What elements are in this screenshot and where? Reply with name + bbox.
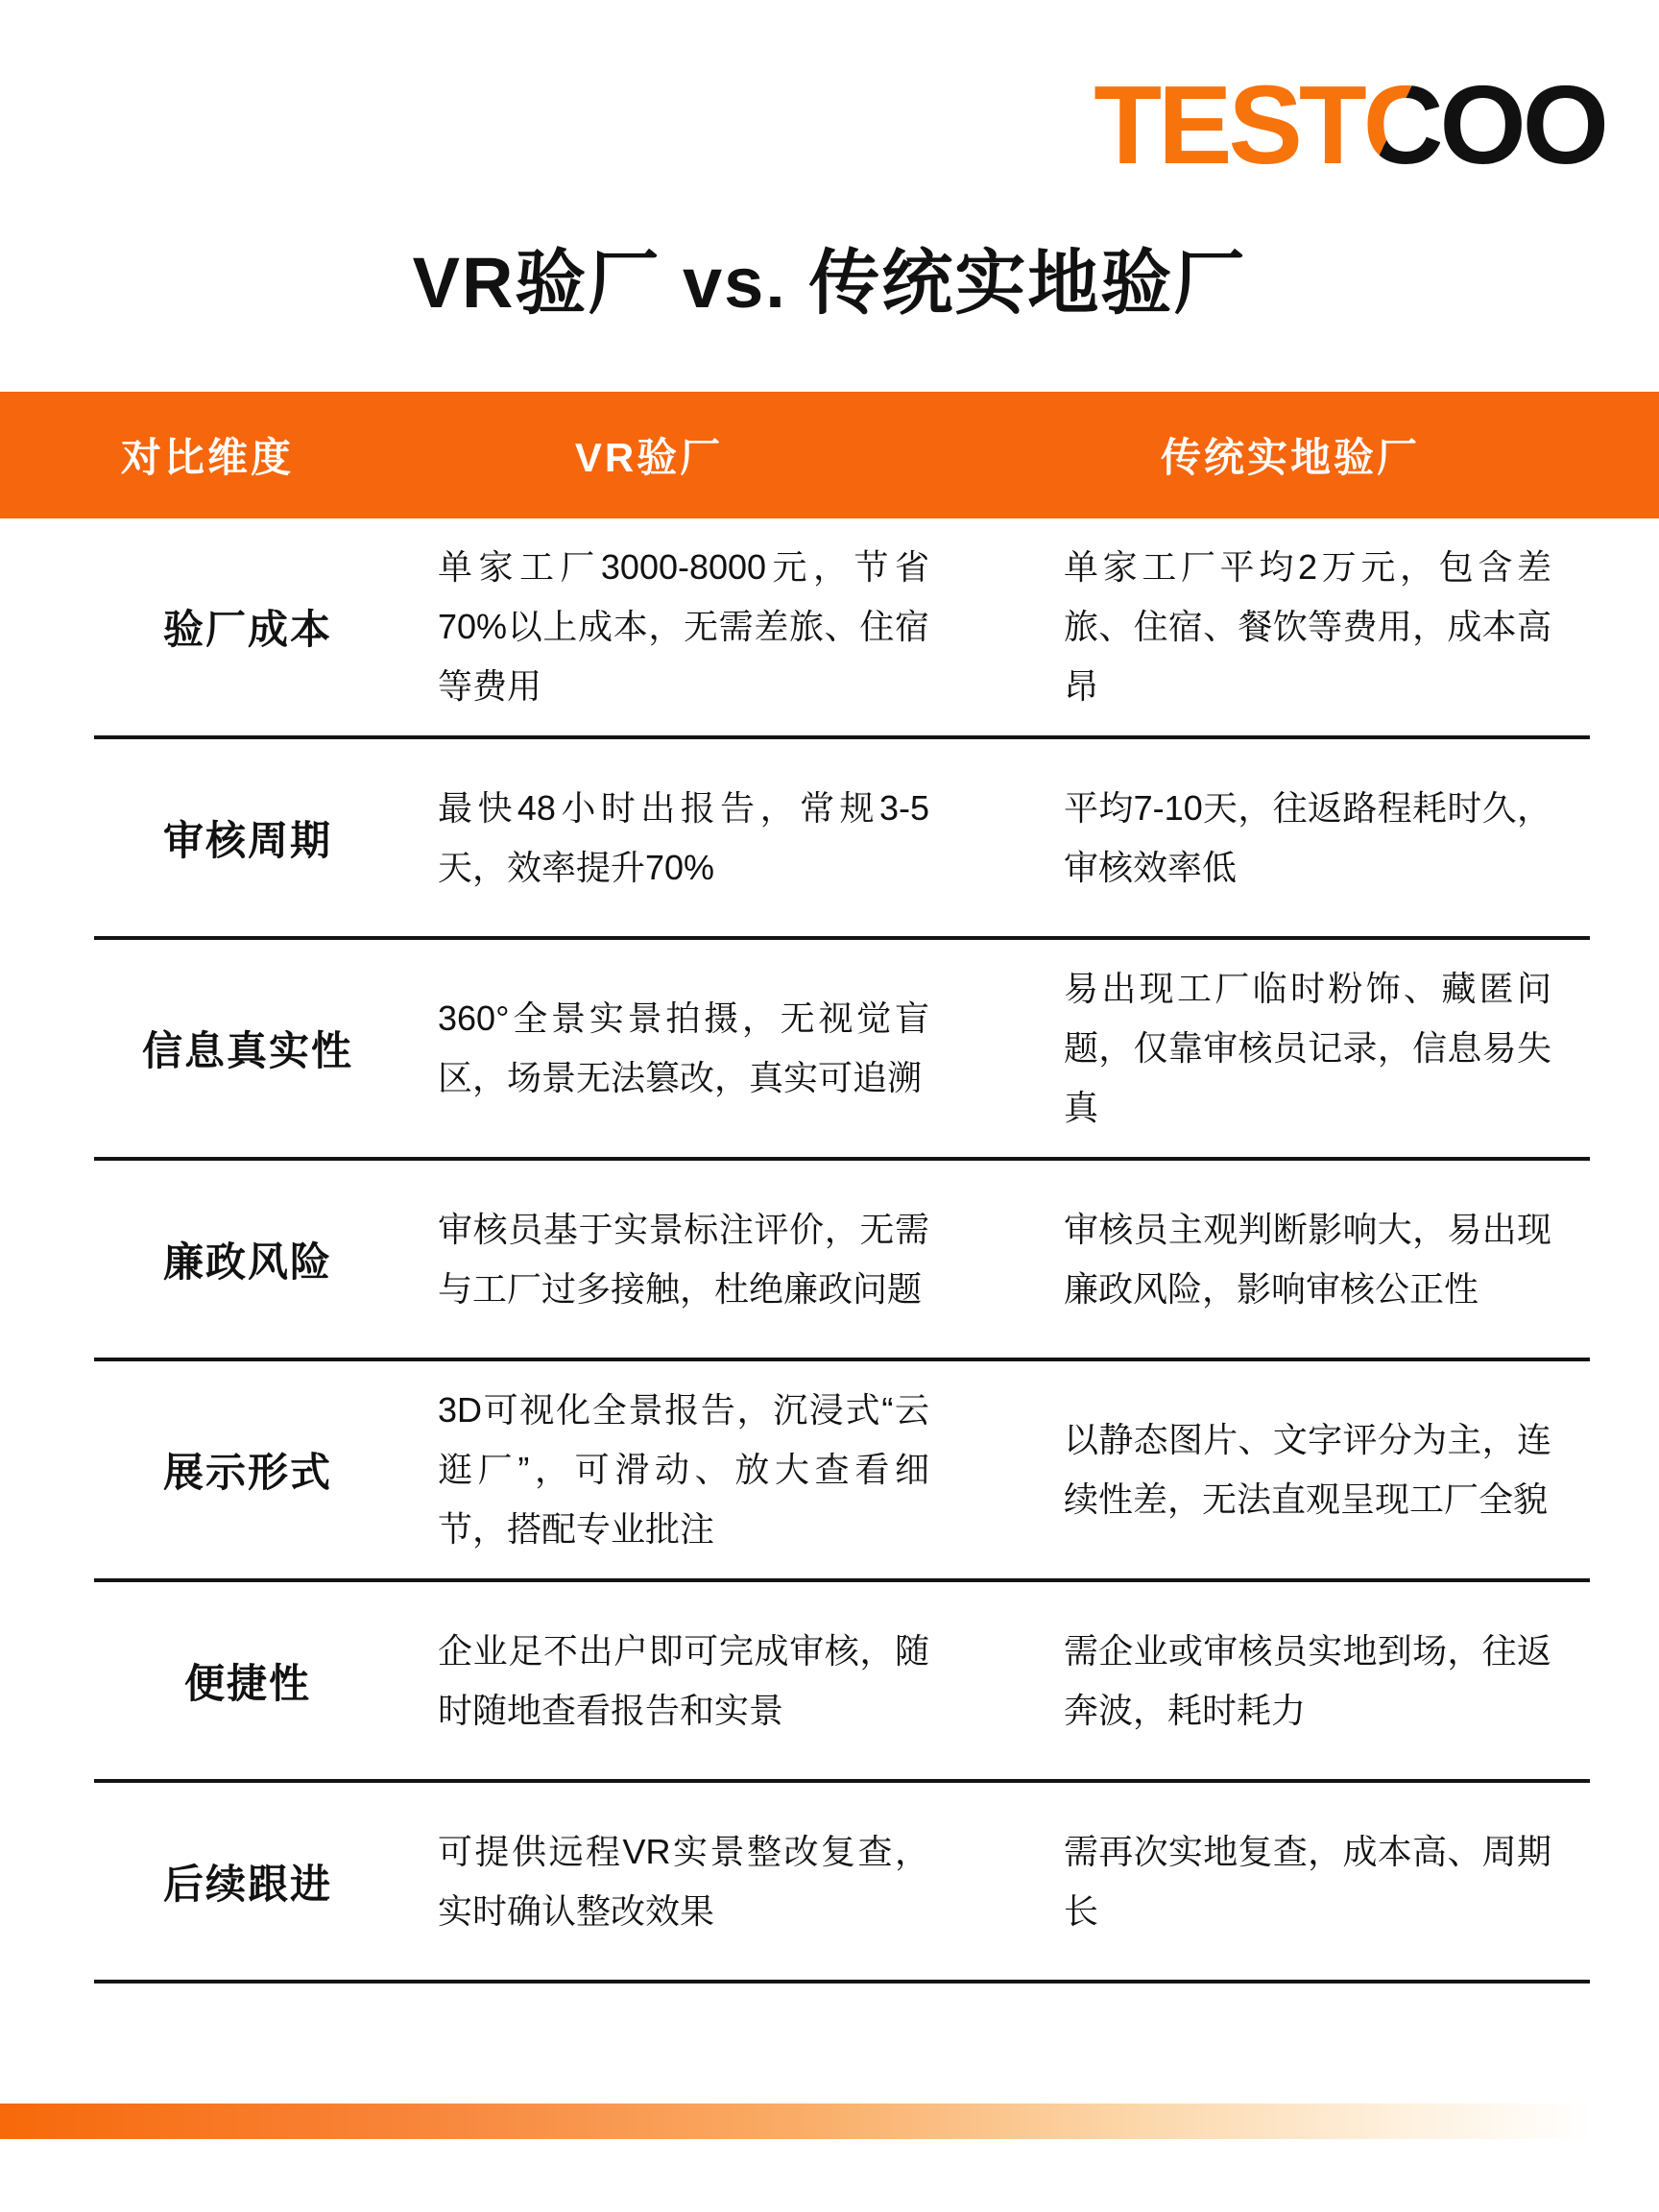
bottom-gradient-bar bbox=[0, 2104, 1659, 2139]
traditional-cell-text: 需再次实地复查，成本高、周期长 bbox=[1064, 1822, 1551, 1941]
table-row-cost: 验厂成本 单家工厂3000-8000元，节省70%以上成本，无需差旅、住宿等费用… bbox=[0, 518, 1659, 735]
row-dimension-label: 后续跟进 bbox=[0, 1853, 415, 1911]
testcoo-logo: TESTCOO bbox=[1094, 69, 1605, 180]
traditional-cell-text: 易出现工厂临时粉饰、藏匿问题，仅靠审核员记录，信息易失真 bbox=[1064, 959, 1551, 1138]
page-title: VR验厂 vs. 传统实地验厂 bbox=[0, 227, 1659, 328]
infographic-page: TESTCOO VR验厂 vs. 传统实地验厂 对比维度 VR验厂 传统实地验厂… bbox=[0, 0, 1659, 2212]
vr-cell-text: 360°全景实景拍摄，无视觉盲区，场景无法篡改，真实可追溯 bbox=[438, 989, 929, 1108]
column-header-traditional: 传统实地验厂 bbox=[1037, 426, 1659, 484]
vr-cell-text: 可提供远程VR实景整改复查，实时确认整改效果 bbox=[438, 1822, 929, 1941]
logo-letter-c: C bbox=[1363, 62, 1440, 187]
comparison-table: 对比维度 VR验厂 传统实地验厂 验厂成本 单家工厂3000-8000元，节省7… bbox=[0, 392, 1659, 1984]
vr-cell-text: 审核员基于实景标注评价，无需与工厂过多接触，杜绝廉政问题 bbox=[438, 1200, 929, 1319]
traditional-cell-text: 需企业或审核员实地到场，往返奔波，耗时耗力 bbox=[1064, 1622, 1551, 1741]
row-dimension-label: 展示形式 bbox=[0, 1441, 415, 1499]
row-divider bbox=[94, 1980, 1590, 1984]
traditional-cell-text: 单家工厂平均2万元，包含差旅、住宿、餐饮等费用，成本高昂 bbox=[1064, 538, 1551, 716]
logo-text-test: TEST bbox=[1094, 62, 1362, 187]
table-row-integrity-risk: 廉政风险 审核员基于实景标注评价，无需与工厂过多接触，杜绝廉政问题 审核员主观判… bbox=[0, 1161, 1659, 1358]
table-row-presentation: 展示形式 3D可视化全景报告，沉浸式“云逛厂”，可滑动、放大查看细节，搭配专业批… bbox=[0, 1361, 1659, 1578]
traditional-cell-text: 以静态图片、文字评分为主，连续性差，无法直观呈现工厂全貌 bbox=[1064, 1410, 1551, 1529]
column-header-dimension: 对比维度 bbox=[0, 426, 415, 484]
table-row-convenience: 便捷性 企业足不出户即可完成审核，随时随地查看报告和实景 需企业或审核员实地到场… bbox=[0, 1582, 1659, 1779]
row-dimension-label: 审核周期 bbox=[0, 809, 415, 867]
vr-cell-text: 企业足不出户即可完成审核，随时随地查看报告和实景 bbox=[438, 1622, 929, 1741]
vr-cell-text: 最快48小时出报告，常规3-5天，效率提升70% bbox=[438, 779, 929, 898]
table-header-row: 对比维度 VR验厂 传统实地验厂 bbox=[0, 392, 1659, 518]
row-dimension-label: 信息真实性 bbox=[0, 1020, 415, 1077]
column-header-vr: VR验厂 bbox=[415, 426, 1037, 484]
traditional-cell-text: 审核员主观判断影响大，易出现廉政风险，影响审核公正性 bbox=[1064, 1200, 1551, 1319]
row-dimension-label: 廉政风险 bbox=[0, 1231, 415, 1288]
vr-cell-text: 单家工厂3000-8000元，节省70%以上成本，无需差旅、住宿等费用 bbox=[438, 538, 929, 716]
row-dimension-label: 便捷性 bbox=[0, 1652, 415, 1710]
logo-text-oo: OO bbox=[1440, 62, 1605, 187]
table-row-authenticity: 信息真实性 360°全景实景拍摄，无视觉盲区，场景无法篡改，真实可追溯 易出现工… bbox=[0, 940, 1659, 1157]
table-row-cycle: 审核周期 最快48小时出报告，常规3-5天，效率提升70% 平均7-10天，往返… bbox=[0, 739, 1659, 936]
vr-cell-text: 3D可视化全景报告，沉浸式“云逛厂”，可滑动、放大查看细节，搭配专业批注 bbox=[438, 1381, 929, 1559]
traditional-cell-text: 平均7-10天，往返路程耗时久，审核效率低 bbox=[1064, 779, 1551, 898]
table-row-follow-up: 后续跟进 可提供远程VR实景整改复查，实时确认整改效果 需再次实地复查，成本高、… bbox=[0, 1783, 1659, 1980]
row-dimension-label: 验厂成本 bbox=[0, 598, 415, 656]
